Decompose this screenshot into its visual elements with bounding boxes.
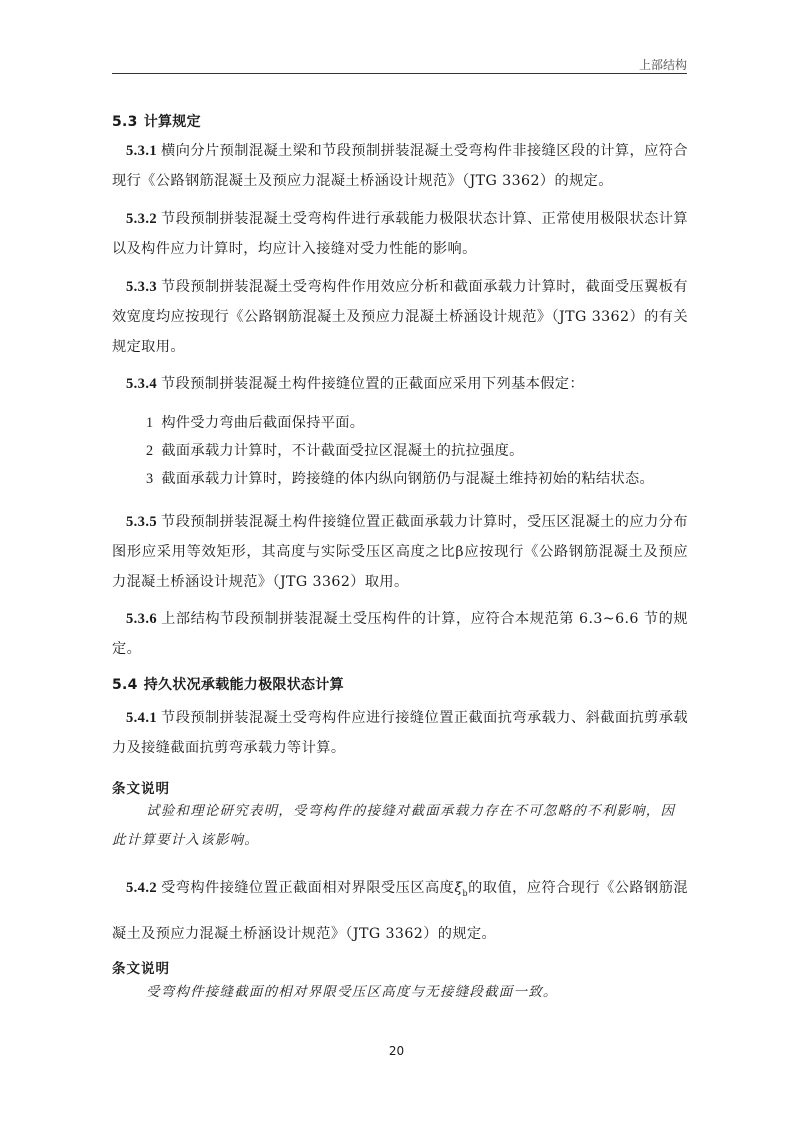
header-divider (112, 73, 687, 74)
clause-number: 5.4.1 (126, 710, 157, 726)
clause-5-3-1: 5.3.1横向分片预制混凝土梁和节段预制拼装混凝土受弯构件非接缝区段的计算，应符… (112, 136, 688, 196)
explanation-text: 受弯构件接缝截面的相对界限受压区高度与无接缝段截面一致。 (112, 978, 688, 1007)
clause-number: 5.3.3 (126, 279, 157, 295)
list-number: 1 (146, 415, 153, 431)
list-text: 截面承载力计算时，不计截面受拉区混凝土的抗拉强度。 (161, 443, 523, 459)
clause-text: 节段预制拼装混凝土受弯构件作用效应分析和截面承载力计算时，截面受压翼板有效宽度均… (112, 279, 688, 355)
clause-text: 节段预制拼装混凝土构件接缝位置的正截面应采用下列基本假定： (161, 376, 584, 392)
page-number: 20 (0, 1044, 793, 1058)
clause-number: 5.3.4 (126, 376, 157, 392)
clause-text: 节段预制拼装混凝土受弯构件应进行接缝位置正截面抗弯承载力、斜截面抗剪承载力及接缝… (112, 710, 688, 756)
explanation-heading: 条文说明 (112, 957, 170, 977)
page-header-title: 上部结构 (639, 56, 687, 73)
clause-text: 节段预制拼装混凝土构件接缝位置正截面承载力计算时，受压区混凝土的应力分布图形应采… (112, 514, 688, 590)
section-number: 5.4 (112, 677, 138, 693)
list-text: 截面承载力计算时，跨接缝的体内纵向钢筋仍与混凝土维持初始的粘结状态。 (161, 471, 654, 487)
clause-text: 横向分片预制混凝土梁和节段预制拼装混凝土受弯构件非接缝区段的计算，应符合现行《公… (112, 143, 688, 189)
section-heading-5-4: 5.4持久状况承载能力极限状态计算 (112, 674, 344, 694)
clause-5-3-4: 5.3.4节段预制拼装混凝土构件接缝位置的正截面应采用下列基本假定： (112, 369, 688, 399)
clause-number: 5.3.1 (126, 143, 157, 159)
clause-number: 5.3.2 (126, 211, 157, 227)
clause-5-3-5: 5.3.5节段预制拼装混凝土构件接缝位置正截面承载力计算时，受压区混凝土的应力分… (112, 507, 688, 597)
clause-5-3-6: 5.3.6上部结构节段预制拼装混凝土受压构件的计算，应符合本规范第 6.3~6.… (112, 604, 688, 664)
clause-text: 节段预制拼装混凝土受弯构件进行承载能力极限状态计算、正常使用极限状态计算以及构件… (112, 211, 688, 257)
clause-5-4-2: 5.4.2受弯构件接缝位置正截面相对界限受压区高度ξb的取值，应符合现行《公路钢… (112, 868, 688, 954)
clause-number: 5.4.2 (126, 880, 157, 896)
clause-number: 5.3.5 (126, 514, 157, 530)
clause-number: 5.3.6 (126, 611, 157, 627)
xi-symbol: ξ (454, 880, 462, 896)
assumption-item-3: 3截面承载力计算时，跨接缝的体内纵向钢筋仍与混凝土维持初始的粘结状态。 (146, 466, 691, 492)
section-title: 计算规定 (144, 114, 201, 130)
explanation-text: 试验和理论研究表明，受弯构件的接缝对截面承载力存在不可忽略的不利影响，因此计算要… (112, 797, 688, 855)
list-number: 3 (146, 471, 153, 487)
clause-text-before: 受弯构件接缝位置正截面相对界限受压区高度 (161, 880, 454, 896)
section-number: 5.3 (112, 114, 138, 130)
list-text: 构件受力弯曲后截面保持平面。 (161, 415, 364, 431)
assumption-item-1: 1构件受力弯曲后截面保持平面。 (146, 410, 691, 436)
clause-5-3-2: 5.3.2节段预制拼装混凝土受弯构件进行承载能力极限状态计算、正常使用极限状态计… (112, 204, 688, 264)
list-number: 2 (146, 443, 153, 459)
section-heading-5-3: 5.3计算规定 (112, 111, 201, 131)
clause-5-3-3: 5.3.3节段预制拼装混凝土受弯构件作用效应分析和截面承载力计算时，截面受压翼板… (112, 272, 688, 362)
assumption-item-2: 2截面承载力计算时，不计截面受拉区混凝土的抗拉强度。 (146, 438, 691, 464)
clause-5-4-1: 5.4.1节段预制拼装混凝土受弯构件应进行接缝位置正截面抗弯承载力、斜截面抗剪承… (112, 703, 688, 763)
section-title: 持久状况承载能力极限状态计算 (144, 677, 344, 693)
explanation-heading: 条文说明 (112, 777, 170, 797)
clause-text: 上部结构节段预制拼装混凝土受压构件的计算，应符合本规范第 6.3~6.6 节的规… (112, 611, 688, 657)
